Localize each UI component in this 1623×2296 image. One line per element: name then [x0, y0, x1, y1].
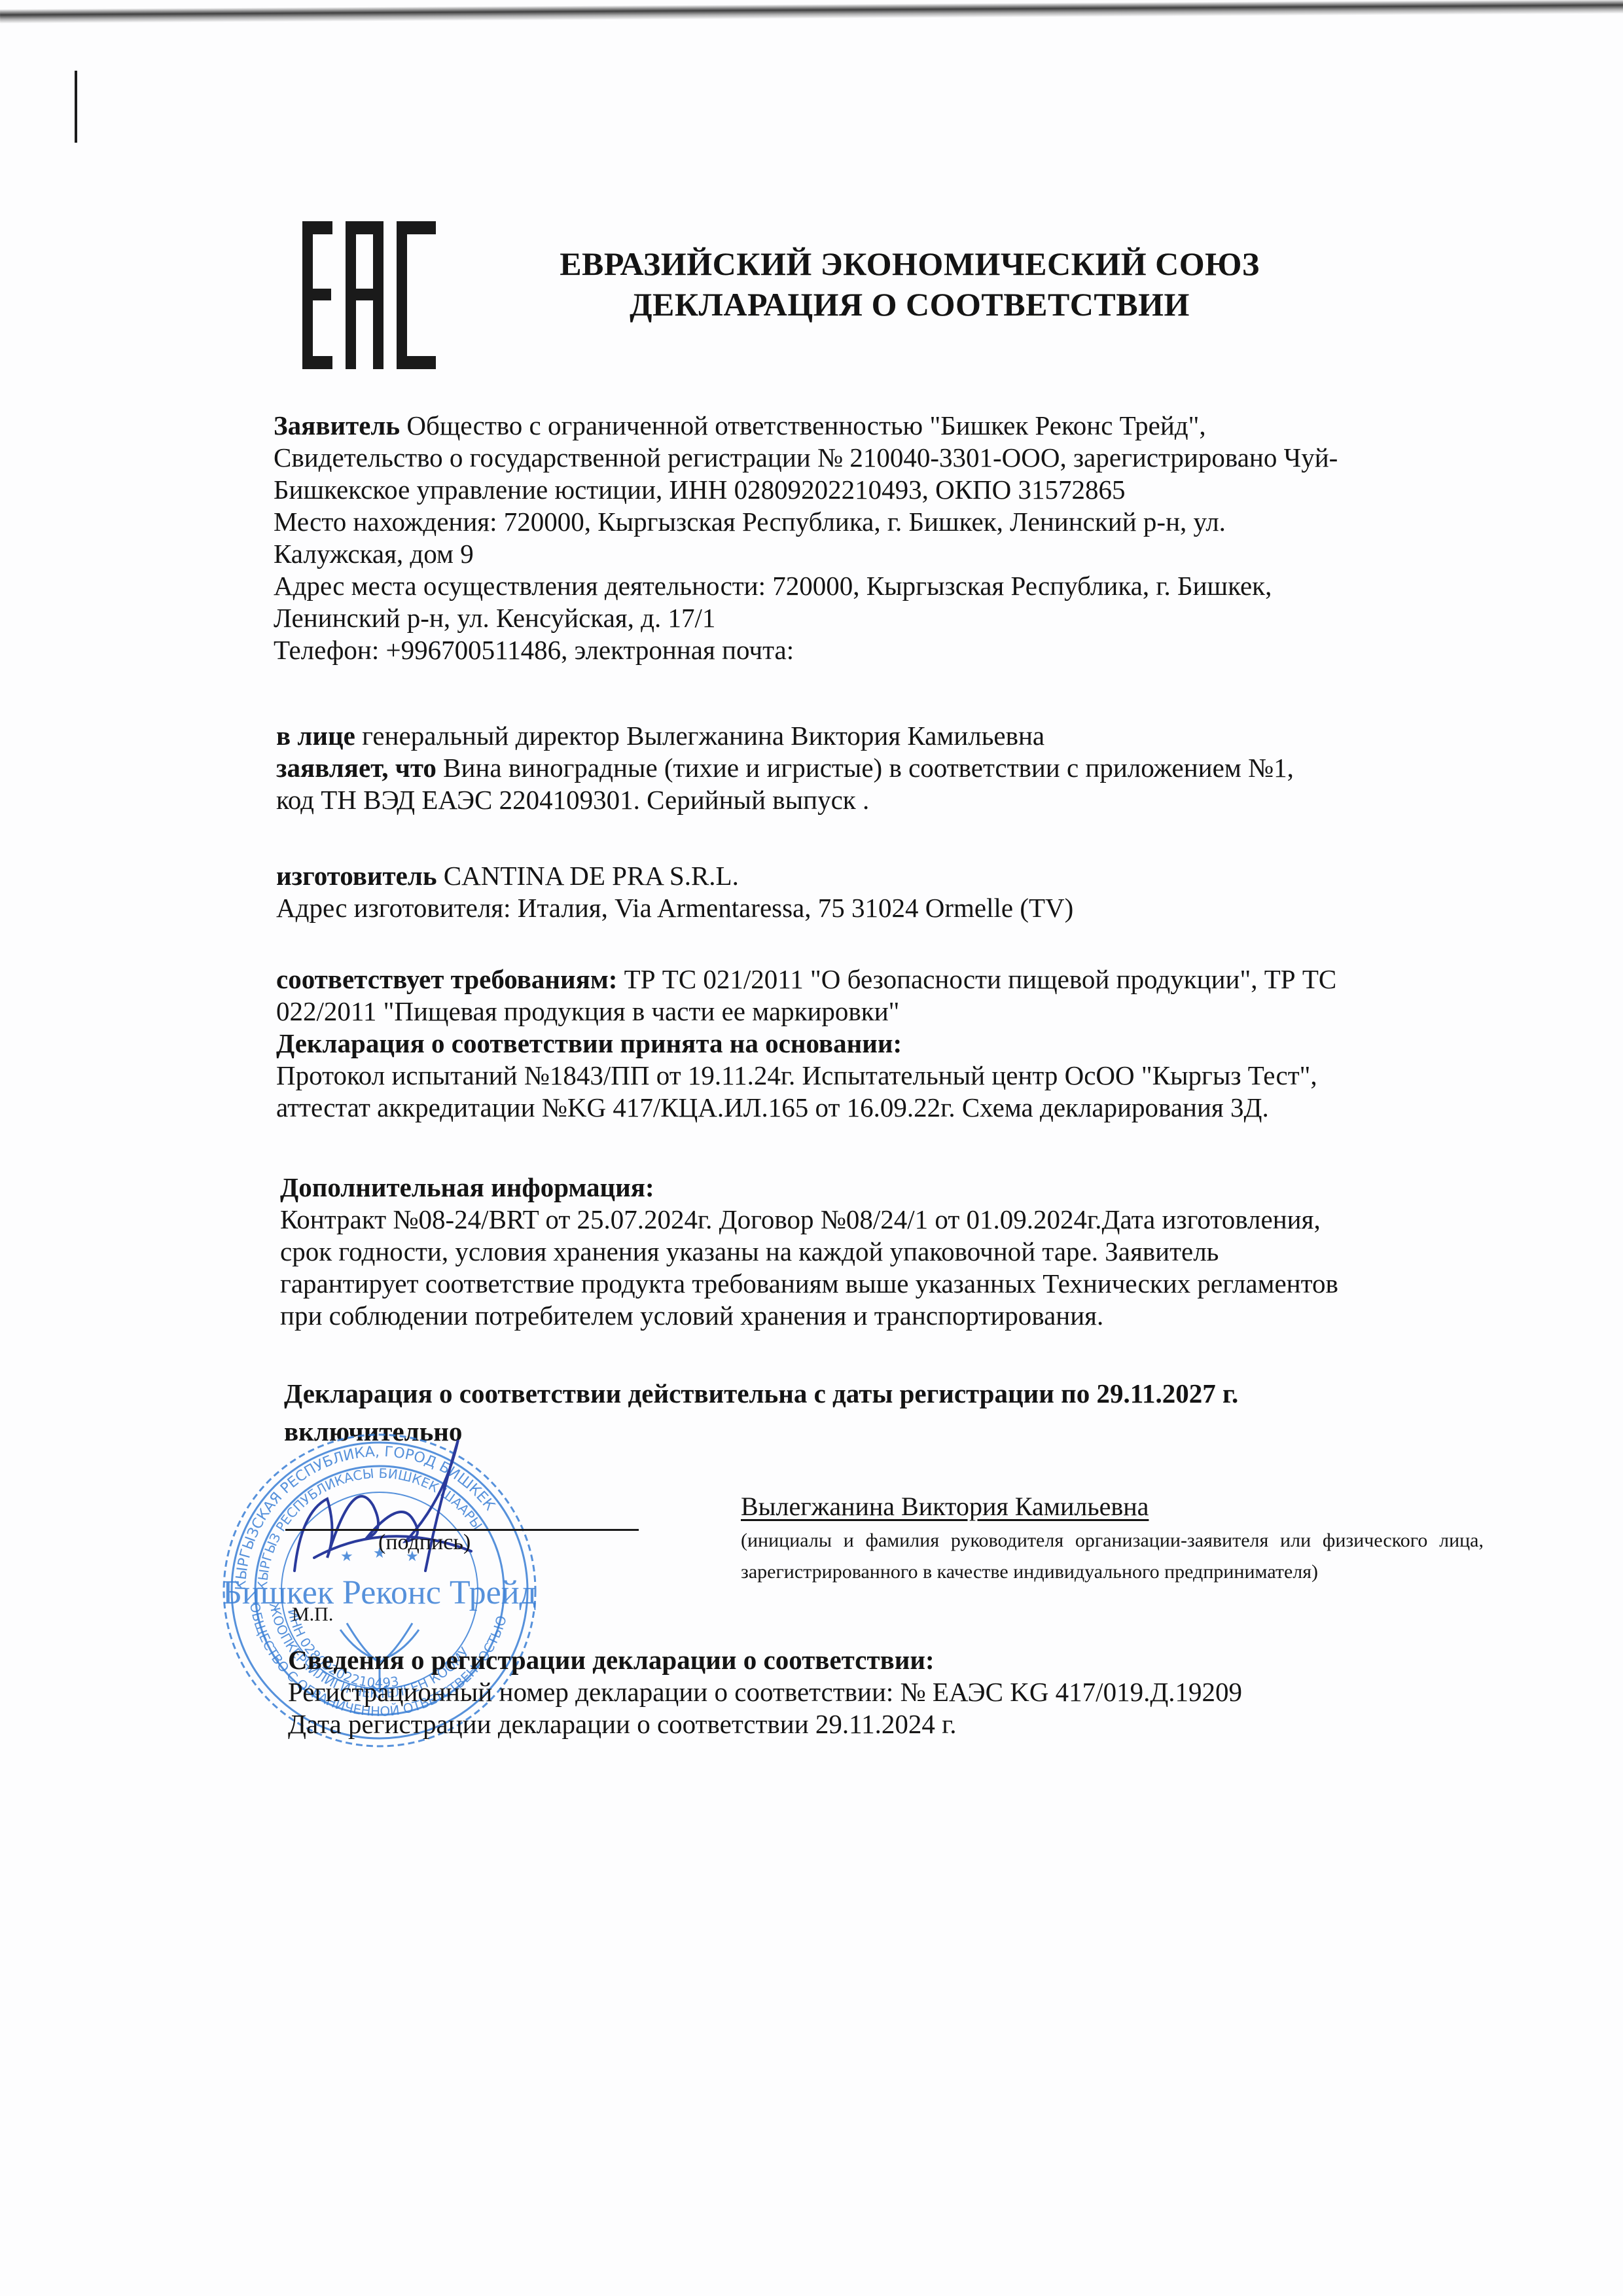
- applicant-line-1: Заявитель Общество с ограниченной ответс…: [274, 410, 1338, 442]
- compliance-label: соответствует требованиям:: [276, 964, 617, 994]
- svg-text:★: ★: [340, 1548, 353, 1564]
- validity-line-1: Декларация о соответствии действительна …: [284, 1374, 1238, 1412]
- title-union: ЕВРАЗИЙСКИЙ ЭКОНОМИЧЕСКИЙ СОЮЗ: [419, 243, 1400, 284]
- validity-line-2: включительно: [284, 1412, 1238, 1450]
- declares-line-2: код ТН ВЭД ЕАЭС 2204109301. Серийный вып…: [276, 784, 1294, 816]
- registration-heading: Сведения о регистрации декларации о соот…: [288, 1644, 1242, 1676]
- additional-line-1: Контракт №08-24/BRT от 25.07.2024г. Дого…: [280, 1204, 1338, 1236]
- applicant-line-2: Свидетельство о государственной регистра…: [274, 442, 1338, 474]
- representative-label: в лице: [276, 721, 355, 751]
- scan-edge-shadow: [0, 0, 1623, 24]
- signature-caption: (подпись): [378, 1530, 471, 1555]
- stamp-outer-text: КЫРГЫЗСКАЯ РЕСПУБЛИКА, ГОРОД БИШКЕК: [233, 1444, 498, 1590]
- compliance-section: соответствует требованиям: ТР ТС 021/201…: [276, 963, 1336, 1124]
- compliance-line-1: соответствует требованиям: ТР ТС 021/201…: [276, 963, 1336, 996]
- basis-line-2: аттестат аккредитации №KG 417/КЦА.ИЛ.165…: [276, 1092, 1336, 1124]
- manufacturer-line: изготовитель CANTINA DE PRA S.R.L.: [276, 860, 1073, 892]
- head-caption: (инициалы и фамилия руководителя организ…: [741, 1525, 1484, 1588]
- declares-label: заявляет, что: [276, 753, 437, 783]
- applicant-line-8: Телефон: +996700511486, электронная почт…: [274, 634, 1338, 666]
- declares-section: в лице генеральный директор Вылегжанина …: [276, 720, 1294, 816]
- additional-heading: Дополнительная информация:: [280, 1172, 1338, 1204]
- basis-heading: Декларация о соответствии принята на осн…: [276, 1028, 1336, 1060]
- applicant-line-6: Адрес места осуществления деятельности: …: [274, 570, 1338, 602]
- head-name: Вылегжанина Виктория Камильевна: [741, 1491, 1149, 1522]
- representative-line: в лице генеральный директор Вылегжанина …: [276, 720, 1294, 752]
- manufacturer-address: Адрес изготовителя: Италия, Via Armentar…: [276, 892, 1073, 924]
- applicant-line-7: Ленинский р-н, ул. Кенсуйская, д. 17/1: [274, 602, 1338, 634]
- additional-info-section: Дополнительная информация: Контракт №08-…: [280, 1172, 1338, 1332]
- document-title: ЕВРАЗИЙСКИЙ ЭКОНОМИЧЕСКИЙ СОЮЗ ДЕКЛАРАЦИ…: [419, 243, 1400, 325]
- compliance-line-2: 022/2011 "Пищевая продукция в части ее м…: [276, 996, 1336, 1028]
- applicant-section: Заявитель Общество с ограниченной ответс…: [274, 410, 1338, 666]
- validity-section: Декларация о соответствии действительна …: [284, 1374, 1238, 1450]
- basis-line-1: Протокол испытаний №1843/ПП от 19.11.24г…: [276, 1060, 1336, 1092]
- registration-date: Дата регистрации декларации о соответств…: [288, 1708, 1242, 1740]
- title-declaration: ДЕКЛАРАЦИЯ О СООТВЕТСТВИИ: [419, 284, 1400, 325]
- applicant-line-5: Калужская, дом 9: [274, 538, 1338, 570]
- applicant-line-3: Бишкекское управление юстиции, ИНН 02809…: [274, 474, 1338, 506]
- additional-line-4: при соблюдении потребителем условий хран…: [280, 1300, 1338, 1332]
- additional-line-3: гарантирует соответствие продукта требов…: [280, 1268, 1338, 1300]
- eac-logo-icon: [302, 221, 436, 369]
- seal-place-label: М.П.: [292, 1604, 333, 1626]
- manufacturer-name: CANTINA DE PRA S.R.L.: [437, 861, 739, 891]
- applicant-line-4: Место нахождения: 720000, Кыргызская Рес…: [274, 506, 1338, 538]
- registration-section: Сведения о регистрации декларации о соот…: [288, 1644, 1242, 1740]
- stamp-center-text: Бишкек Реконс Трейд: [223, 1574, 537, 1611]
- margin-mark: [75, 71, 77, 143]
- applicant-label: Заявитель: [274, 410, 400, 440]
- manufacturer-section: изготовитель CANTINA DE PRA S.R.L. Адрес…: [276, 860, 1073, 924]
- registration-number: Регистрационный номер декларации о соотв…: [288, 1676, 1242, 1708]
- stamp-inner-text: КЫРГЫЗ РЕСПУБЛИКАСЫ БИШКЕК ШААРЫ: [255, 1465, 486, 1590]
- manufacturer-label: изготовитель: [276, 861, 437, 891]
- additional-line-2: срок годности, условия хранения указаны …: [280, 1236, 1338, 1268]
- declares-line-1: заявляет, что Вина виноградные (тихие и …: [276, 752, 1294, 784]
